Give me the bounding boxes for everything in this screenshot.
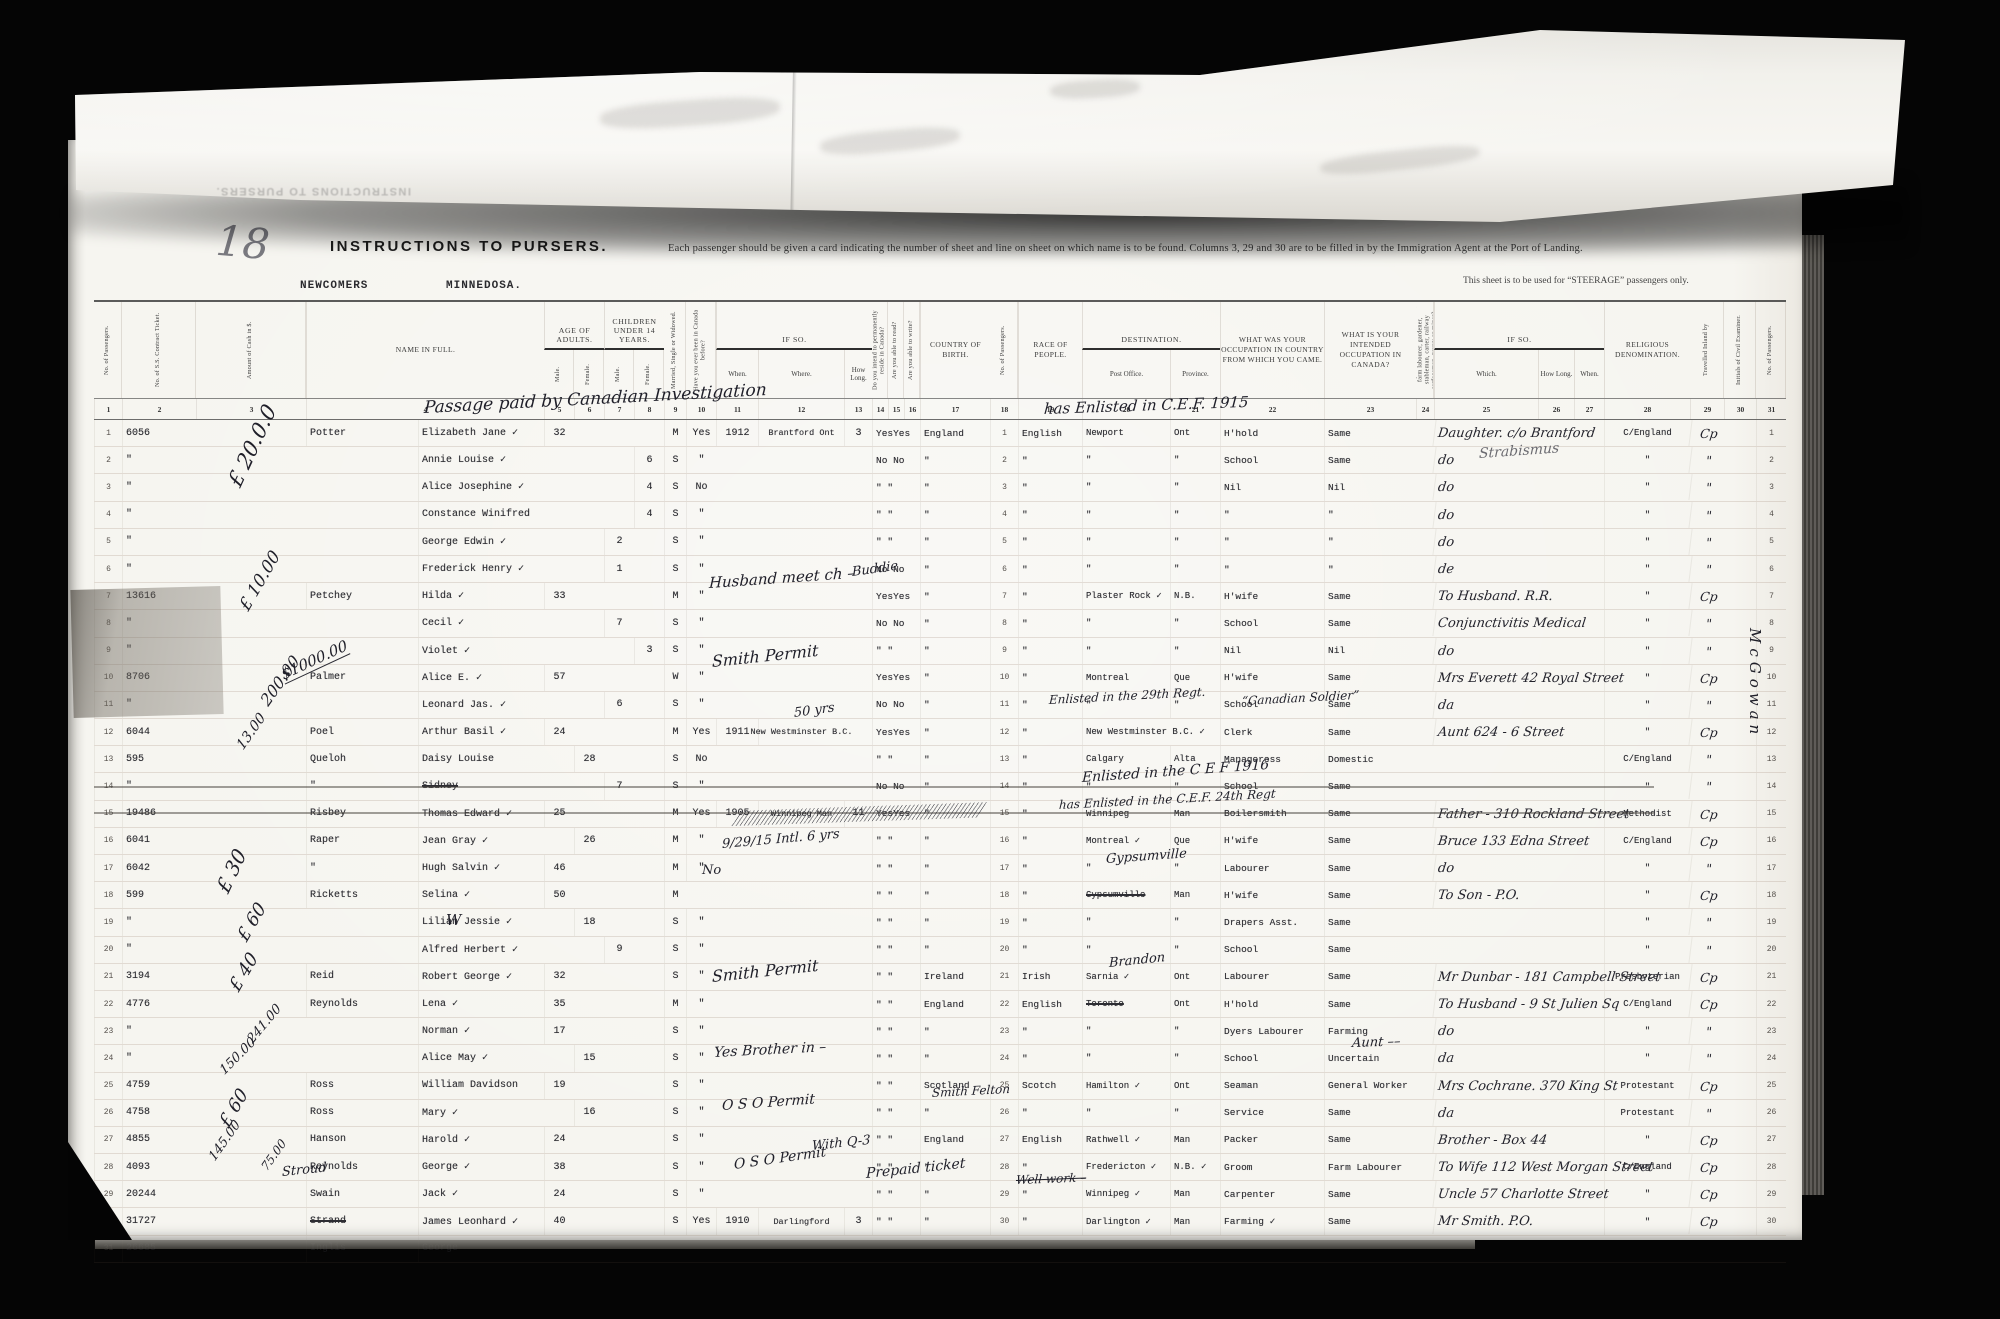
annotation-examiner-sig: McGowan [1746, 628, 1764, 739]
tape-stamp-patch [70, 586, 223, 718]
annotation-cef-24th: has Enlisted in the C.E.F. 24th Regt [1059, 787, 1276, 812]
group-label: NEWCOMERS [300, 280, 368, 292]
page-stack-edge [1802, 235, 1824, 1195]
page-bottom-edge [95, 1240, 1475, 1249]
annotation-aunt: Aunt –– [1351, 1035, 1401, 1052]
annotation-cash-reid: £ 60 [233, 898, 270, 945]
annotation-gypsumville-hw: Gypsumville [1106, 846, 1187, 867]
handwritten-annotations-layer: Passage paid by Canadian Investigationha… [94, 300, 1786, 1240]
annotation-prepaid: Prepaid ticket [866, 1156, 965, 1183]
mirrored-title: INSTRUCTIONS TO PURSERS. [215, 185, 411, 197]
annotation-strabismus: Strabismus [1479, 440, 1560, 462]
annotation-smith-felton: Smith Felton [932, 1082, 1011, 1100]
bleedthrough-smudge [819, 124, 960, 158]
annotation-brandon: Brandon [1109, 950, 1165, 971]
annotation-cef-1915: has Enlisted in C.E.F. 1915 [1043, 392, 1249, 417]
strike-line [94, 786, 1654, 788]
annotation-cef-1916: Enlisted in the C E F 1916 [1082, 756, 1270, 785]
annotation-well-work: Well work – [1016, 1170, 1087, 1186]
annotation-canadian-soldier: “Canadian Soldier” [1242, 688, 1360, 708]
annotation-husband-meet: Husband meet ch – [709, 564, 855, 592]
annotation-cash-petchey: £ 10.00 [236, 547, 285, 615]
scanned-manifest-screenshot: 18 INSTRUCTIONS TO PURSERS. Each passeng… [0, 0, 2000, 1319]
annotation-cash-queloh: 13.00 [234, 710, 269, 753]
annotation-stroud: Stroud [282, 1160, 327, 1180]
annotation-oso-29: O S O Permit [734, 1144, 827, 1173]
bleedthrough-smudge [1319, 142, 1480, 179]
bleedthrough-smudge [1050, 78, 1141, 101]
annotation-oso-27: O S O Permit [722, 1091, 815, 1114]
annotation-cash-potter: £ 20.0.0 [224, 400, 281, 491]
annotation-cash-poel: 200.00 [257, 652, 304, 710]
annotation-no-18: No [702, 863, 721, 878]
annotation-w-mark: W [446, 911, 461, 929]
annotation-fifty-yrs: 50 yrs [794, 700, 835, 721]
annotation-smith-permit-1: Smith Permit [712, 641, 818, 671]
annotation-passage-paid: Passage paid by Canadian Investigation [423, 380, 767, 418]
steerage-note: This sheet is to be used for “STEERAGE” … [1463, 276, 1689, 286]
annotation-cash-ricketts: £ 30 [212, 845, 252, 898]
annotation-cash-reynolds: £ 40 [225, 948, 262, 995]
manifest-page: 18 INSTRUCTIONS TO PURSERS. Each passeng… [68, 140, 1802, 1240]
annotation-cash-ross2: 150.00 [217, 1035, 259, 1079]
annotation-scribble-16 [729, 802, 989, 826]
annotation-yes-brother: Yes Brother in – [714, 1040, 827, 1062]
annotation-intd-17: 9/29/15 Intl. 6 yrs [722, 827, 840, 852]
annotation-smith-permit-2: Smith Permit [712, 956, 818, 986]
ship-name: MINNEDOSA. [446, 280, 522, 292]
annotation-enlisted-29th: Enlisted in the 29th Regt. [1049, 685, 1206, 707]
annotation-buddie: Buddie [852, 558, 898, 580]
curl-crease [790, 20, 798, 230]
bleedthrough-smudge [599, 94, 780, 132]
